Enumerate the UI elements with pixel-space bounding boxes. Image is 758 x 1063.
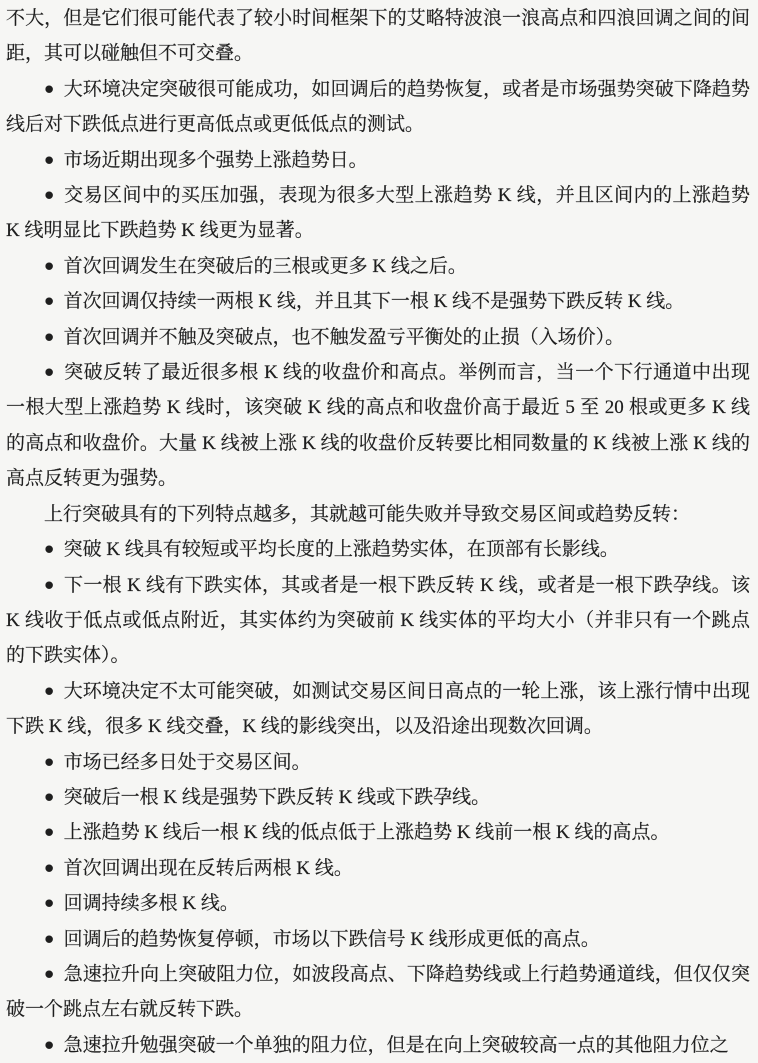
bullet-text: 交易区间中的买压加强，表现为很多大型上涨趋势 K 线，并且区间内的上涨趋势 K … [6, 185, 750, 241]
bullet-item: ●首次回调并不触及突破点，也不触发盈亏平衡处的止损（入场价）。 [6, 320, 750, 355]
bullet-item: ●急速拉升向上突破阻力位，如波段高点、下降趋势线或上行趋势通道线，但仅仅突破一个… [6, 957, 750, 1028]
page-content: 不大，但是它们很可能代表了较小时间框架下的艾略特波浪一浪高点和四浪回调之间的间距… [6, 1, 750, 1063]
bullet-icon: ● [44, 779, 54, 814]
book-page: 不大，但是它们很可能代表了较小时间框架下的艾略特波浪一浪高点和四浪回调之间的间距… [0, 0, 758, 1063]
bullet-icon: ● [44, 956, 54, 991]
bullet-icon: ● [44, 319, 54, 354]
bullet-text: 大环境决定不太可能突破，如测试交易区间日高点的一轮上涨，该上涨行情中出现下跌 K… [6, 681, 750, 737]
bullet-icon: ● [44, 850, 54, 885]
bullet-icon: ● [44, 71, 54, 106]
bullet-icon: ● [44, 354, 54, 389]
bullet-icon: ● [44, 885, 54, 920]
bullet-item: ●市场近期出现多个强势上涨趋势日。 [6, 143, 750, 178]
bullet-text: 大环境决定突破很可能成功，如回调后的趋势恢复，或者是市场强势突破下降趋势线后对下… [6, 79, 750, 135]
bullet-text: 首次回调仅持续一两根 K 线，并且其下一根 K 线不是强势下跌反转 K 线。 [64, 291, 685, 312]
bullet-text: 回调后的趋势恢复停顿，市场以下跌信号 K 线形成更低的高点。 [64, 929, 600, 950]
bullet-item: ●上涨趋势 K 线后一根 K 线的低点低于上涨趋势 K 线前一根 K 线的高点。 [6, 815, 750, 850]
bullet-icon: ● [44, 814, 54, 849]
bullet-text: 上涨趋势 K 线后一根 K 线的低点低于上涨趋势 K 线前一根 K 线的高点。 [64, 822, 670, 843]
paragraph: 不大，但是它们很可能代表了较小时间框架下的艾略特波浪一浪高点和四浪回调之间的间距… [6, 1, 750, 72]
bullet-item: ●大环境决定不太可能突破，如测试交易区间日高点的一轮上涨，该上涨行情中出现下跌 … [6, 674, 750, 745]
bullet-text: 突破 K 线具有较短或平均长度的上涨趋势实体，在顶部有长影线。 [64, 539, 619, 560]
bullet-text: 市场已经多日处于交易区间。 [64, 752, 311, 773]
bullet-item: ●首次回调仅持续一两根 K 线，并且其下一根 K 线不是强势下跌反转 K 线。 [6, 284, 750, 319]
bullet-icon: ● [44, 248, 54, 283]
bullet-item: ●首次回调出现在反转后两根 K 线。 [6, 851, 750, 886]
bullet-item: ●首次回调发生在突破后的三根或更多 K 线之后。 [6, 249, 750, 284]
bullet-text: 首次回调出现在反转后两根 K 线。 [64, 858, 353, 879]
bullet-item: ●回调后的趋势恢复停顿，市场以下跌信号 K 线形成更低的高点。 [6, 922, 750, 957]
bullet-icon: ● [44, 567, 54, 602]
bullet-icon: ● [44, 921, 54, 956]
bullet-item: ●突破 K 线具有较短或平均长度的上涨趋势实体，在顶部有长影线。 [6, 532, 750, 567]
bullet-text: 下一根 K 线有下跌实体，其或者是一根下跌反转 K 线，或者是一根下跌孕线。该 … [6, 575, 750, 667]
bullet-text: 回调持续多根 K 线。 [64, 893, 239, 914]
bullet-icon: ● [44, 531, 54, 566]
bullet-text: 急速拉升向上突破阻力位，如波段高点、下降趋势线或上行趋势通道线，但仅仅突破一个跳… [6, 964, 750, 1020]
bullet-item: ●急速拉升勉强突破一个单独的阻力位，但是在向上突破较高一点的其他阻力位之 [6, 1028, 750, 1063]
bullet-item: ●市场已经多日处于交易区间。 [6, 745, 750, 780]
paragraph: 上行突破具有的下列特点越多，其就越可能失败并导致交易区间或趋势反转： [6, 497, 750, 532]
bullet-icon: ● [44, 283, 54, 318]
bullet-item: ●突破后一根 K 线是强势下跌反转 K 线或下跌孕线。 [6, 780, 750, 815]
bullet-text: 首次回调并不触及突破点，也不触发盈亏平衡处的止损（入场价）。 [64, 327, 625, 348]
bullet-icon: ● [44, 177, 54, 212]
bullet-text: 突破反转了最近很多根 K 线的收盘价和高点。举例而言，当一个下行通道中出现一根大… [6, 362, 750, 489]
bullet-item: ●下一根 K 线有下跌实体，其或者是一根下跌反转 K 线，或者是一根下跌孕线。该… [6, 568, 750, 674]
bullet-text: 突破后一根 K 线是强势下跌反转 K 线或下跌孕线。 [64, 787, 490, 808]
bullet-icon: ● [44, 673, 54, 708]
screenshot-root: { "page": { "language": "zh-CN", "backgr… [0, 0, 758, 1063]
bullet-icon: ● [44, 142, 54, 177]
bullet-item: ●大环境决定突破很可能成功，如回调后的趋势恢复，或者是市场强势突破下降趋势线后对… [6, 72, 750, 143]
bullet-item: ●突破反转了最近很多根 K 线的收盘价和高点。举例而言，当一个下行通道中出现一根… [6, 355, 750, 497]
bullet-icon: ● [44, 1027, 54, 1062]
bullet-icon: ● [44, 744, 54, 779]
bullet-item: ●回调持续多根 K 线。 [6, 886, 750, 921]
bullet-text: 急速拉升勉强突破一个单独的阻力位，但是在向上突破较高一点的其他阻力位之 [64, 1035, 729, 1056]
bullet-text: 市场近期出现多个强势上涨趋势日。 [64, 150, 368, 171]
bullet-text: 首次回调发生在突破后的三根或更多 K 线之后。 [64, 256, 467, 277]
bullet-item: ●交易区间中的买压加强，表现为很多大型上涨趋势 K 线，并且区间内的上涨趋势 K… [6, 178, 750, 249]
